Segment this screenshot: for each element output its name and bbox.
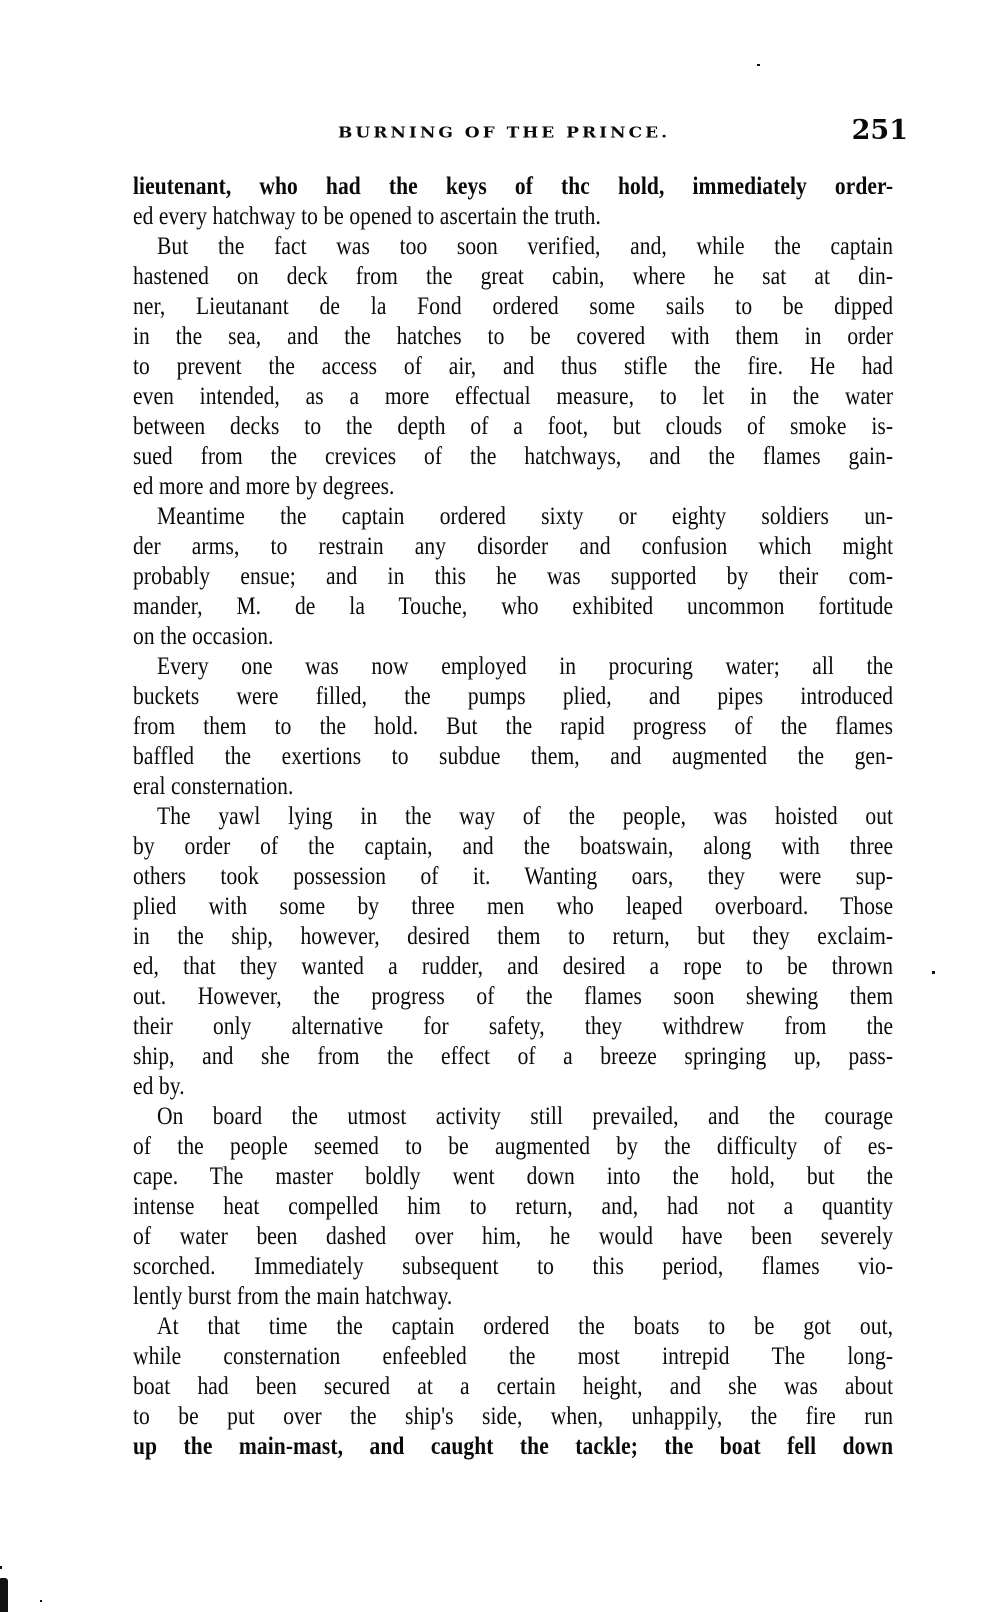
- text-line-content: in the ship, however, desired them to re…: [133, 922, 893, 952]
- text-line: Meantime the captain ordered sixty or ei…: [133, 502, 893, 532]
- stray-ink-mark: [40, 1600, 42, 1602]
- running-head: BURNING OF THE PRINCE. 251: [133, 117, 908, 153]
- text-line: baffled the exertions to subdue them, an…: [133, 742, 893, 772]
- text-line: hastened on deck from the great cabin, w…: [133, 262, 893, 292]
- text-line: scorched. Immediately subsequent to this…: [133, 1252, 893, 1282]
- text-line-content: while consternation enfeebled the most i…: [133, 1342, 893, 1372]
- text-line: ed by.: [133, 1072, 893, 1102]
- text-line: der arms, to restrain any disorder and c…: [133, 532, 893, 562]
- text-line-content: But the fact was too soon verified, and,…: [157, 232, 893, 262]
- text-line-content: The yawl lying in the way of the people,…: [157, 802, 893, 832]
- text-line-content: plied with some by three men who leaped …: [133, 892, 893, 922]
- text-line: sued from the crevices of the hatchways,…: [133, 442, 893, 472]
- page-edge-blot: [0, 1578, 8, 1612]
- stray-ink-mark: [757, 64, 760, 66]
- text-line-content: from them to the hold. But the rapid pro…: [133, 712, 893, 742]
- page-number: 251: [852, 115, 908, 146]
- text-line: ship, and she from the effect of a breez…: [133, 1042, 893, 1072]
- text-line-content: buckets were filled, the pumps plied, an…: [133, 682, 893, 712]
- text-line: buckets were filled, the pumps plied, an…: [133, 682, 893, 712]
- text-line-content: cape. The master boldly went down into t…: [133, 1162, 893, 1192]
- text-line-content: ed every hatchway to be opened to ascert…: [133, 202, 893, 232]
- text-line: Every one was now employed in procuring …: [133, 652, 893, 682]
- text-line-content: lieutenant, who had the keys of thc hold…: [133, 172, 893, 202]
- text-line-content: mander, M. de la Touche, who exhibited u…: [133, 592, 893, 622]
- text-line: from them to the hold. But the rapid pro…: [133, 712, 893, 742]
- text-line: eral consternation.: [133, 772, 893, 802]
- text-line-content: probably ensue; and in this he was suppo…: [133, 562, 893, 592]
- text-line-content: hastened on deck from the great cabin, w…: [133, 262, 893, 292]
- text-line-content: ed more and more by degrees.: [133, 472, 893, 502]
- text-line: by order of the captain, and the boatswa…: [133, 832, 893, 862]
- stray-ink-mark: [932, 971, 935, 974]
- text-line-content: between decks to the depth of a foot, bu…: [133, 412, 893, 442]
- running-title: BURNING OF THE PRINCE.: [338, 124, 670, 142]
- text-line-content: out. However, the progress of the flames…: [133, 982, 893, 1012]
- text-line: ed, that they wanted a rudder, and desir…: [133, 952, 893, 982]
- text-line-content: up the main-mast, and caught the tackle;…: [133, 1432, 893, 1462]
- text-line: mander, M. de la Touche, who exhibited u…: [133, 592, 893, 622]
- text-line: of the people seemed to be augmented by …: [133, 1132, 893, 1162]
- text-line: to prevent the access of air, and thus s…: [133, 352, 893, 382]
- text-line-content: At that time the captain ordered the boa…: [157, 1312, 893, 1342]
- text-line-content: on the occasion.: [133, 622, 893, 652]
- text-line: lieutenant, who had the keys of thc hold…: [133, 172, 893, 202]
- text-line-content: der arms, to restrain any disorder and c…: [133, 532, 893, 562]
- text-line: up the main-mast, and caught the tackle;…: [133, 1432, 893, 1462]
- text-line-content: by order of the captain, and the boatswa…: [133, 832, 893, 862]
- text-line: others took possession of it. Wanting oa…: [133, 862, 893, 892]
- text-line: ner, Lieutanant de la Fond ordered some …: [133, 292, 893, 322]
- text-line-content: others took possession of it. Wanting oa…: [133, 862, 893, 892]
- text-line-content: of water been dashed over him, he would …: [133, 1222, 893, 1252]
- text-line-content: ed, that they wanted a rudder, and desir…: [133, 952, 893, 982]
- text-line-content: ed by.: [133, 1072, 893, 1102]
- text-line-content: baffled the exertions to subdue them, an…: [133, 742, 893, 772]
- text-line-content: Meantime the captain ordered sixty or ei…: [157, 502, 893, 532]
- text-line: But the fact was too soon verified, and,…: [133, 232, 893, 262]
- stray-ink-mark: [0, 1566, 2, 1569]
- text-line-content: scorched. Immediately subsequent to this…: [133, 1252, 893, 1282]
- text-line: At that time the captain ordered the boa…: [133, 1312, 893, 1342]
- book-page: BURNING OF THE PRINCE. 251 lieutenant, w…: [0, 0, 1000, 1612]
- text-line: their only alternative for safety, they …: [133, 1012, 893, 1042]
- text-line-content: On board the utmost activity still preva…: [157, 1102, 893, 1132]
- text-line: out. However, the progress of the flames…: [133, 982, 893, 1012]
- text-line-content: Every one was now employed in procuring …: [157, 652, 893, 682]
- text-line: ed more and more by degrees.: [133, 472, 893, 502]
- text-line: between decks to the depth of a foot, bu…: [133, 412, 893, 442]
- text-line-content: ner, Lieutanant de la Fond ordered some …: [133, 292, 893, 322]
- text-line: ed every hatchway to be opened to ascert…: [133, 202, 893, 232]
- text-line: while consternation enfeebled the most i…: [133, 1342, 893, 1372]
- text-line: On board the utmost activity still preva…: [133, 1102, 893, 1132]
- text-line-content: sued from the crevices of the hatchways,…: [133, 442, 893, 472]
- text-line: to be put over the ship's side, when, un…: [133, 1402, 893, 1432]
- text-line: in the sea, and the hatches to be covere…: [133, 322, 893, 352]
- text-line: boat had been secured at a certain heigh…: [133, 1372, 893, 1402]
- text-line-content: eral consternation.: [133, 772, 893, 802]
- text-line-content: ship, and she from the effect of a breez…: [133, 1042, 893, 1072]
- text-line: probably ensue; and in this he was suppo…: [133, 562, 893, 592]
- text-line: plied with some by three men who leaped …: [133, 892, 893, 922]
- text-line: cape. The master boldly went down into t…: [133, 1162, 893, 1192]
- text-line: even intended, as a more effectual measu…: [133, 382, 893, 412]
- text-line: intense heat compelled him to return, an…: [133, 1192, 893, 1222]
- text-line: lently burst from the main hatchway.: [133, 1282, 893, 1312]
- text-line-content: to be put over the ship's side, when, un…: [133, 1402, 893, 1432]
- text-line: in the ship, however, desired them to re…: [133, 922, 893, 952]
- text-line: of water been dashed over him, he would …: [133, 1222, 893, 1252]
- text-line-content: to prevent the access of air, and thus s…: [133, 352, 893, 382]
- text-line-content: in the sea, and the hatches to be covere…: [133, 322, 893, 352]
- text-line-content: even intended, as a more effectual measu…: [133, 382, 893, 412]
- text-line-content: boat had been secured at a certain heigh…: [133, 1372, 893, 1402]
- text-line-content: intense heat compelled him to return, an…: [133, 1192, 893, 1222]
- text-line-content: of the people seemed to be augmented by …: [133, 1132, 893, 1162]
- text-line: on the occasion.: [133, 622, 893, 652]
- text-line-content: their only alternative for safety, they …: [133, 1012, 893, 1042]
- text-line: The yawl lying in the way of the people,…: [133, 802, 893, 832]
- text-line-content: lently burst from the main hatchway.: [133, 1282, 893, 1312]
- body-text: lieutenant, who had the keys of thc hold…: [133, 172, 893, 1462]
